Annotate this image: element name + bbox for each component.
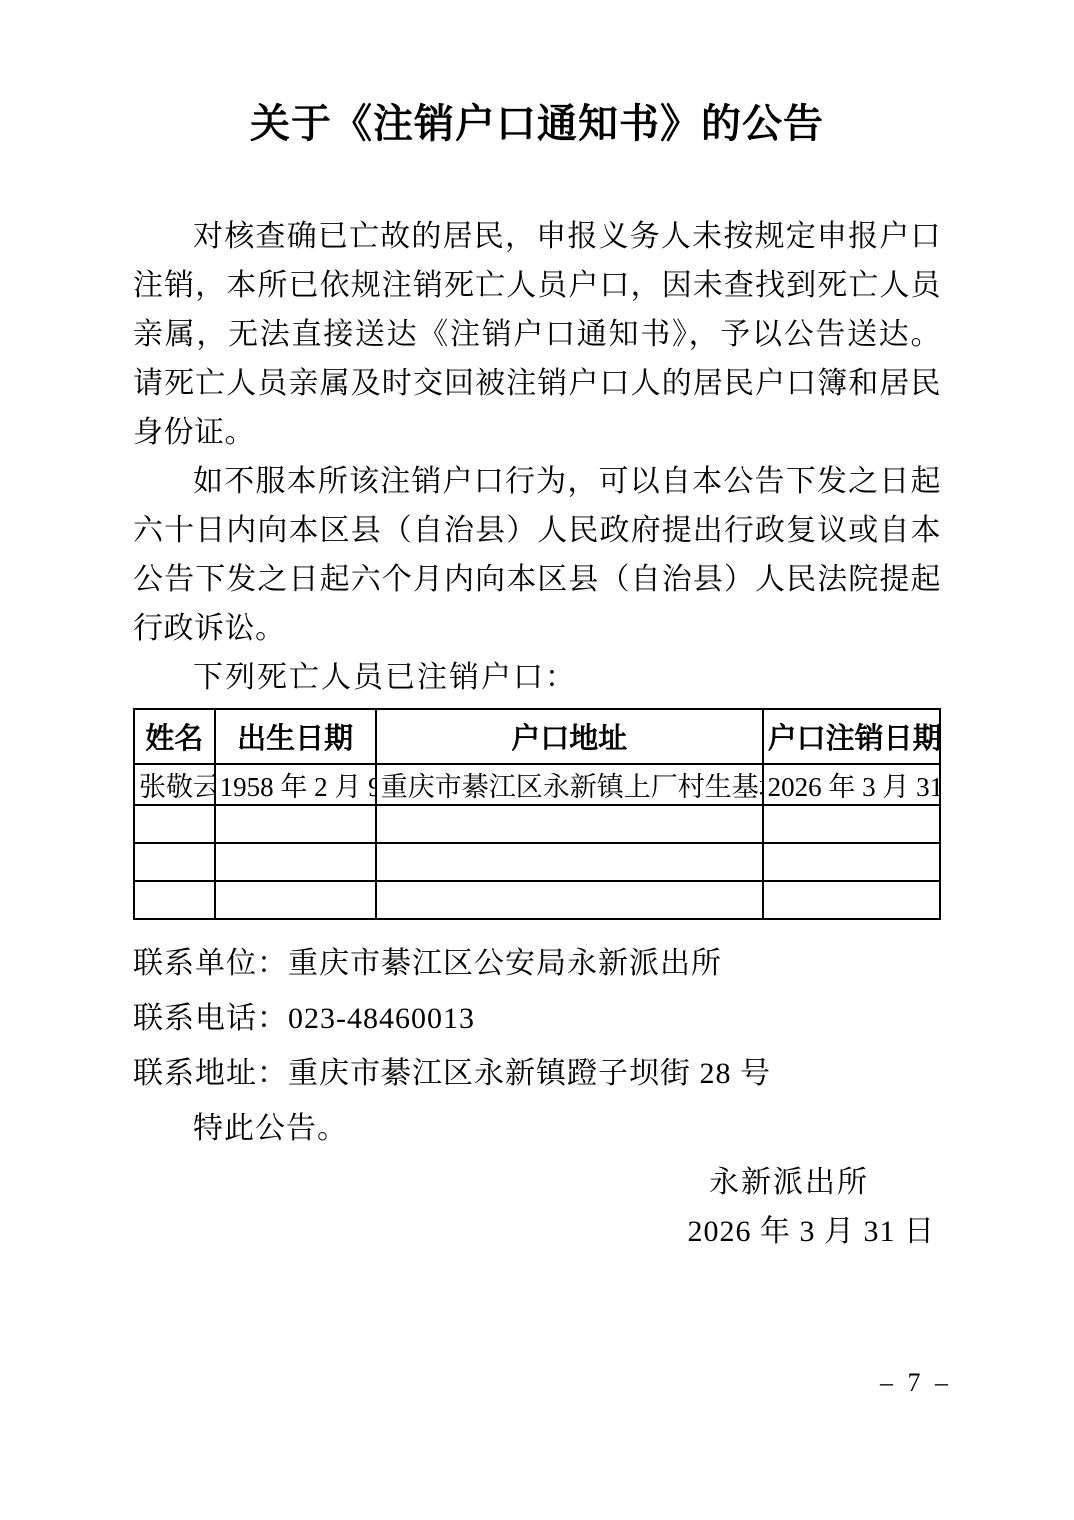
signature-date: 2026 年 3 月 31 日 [133,1207,941,1256]
table-cell-birth-date [215,881,376,919]
contact-address-line: 联系地址：重庆市綦江区永新镇蹬子坝街 28 号 [133,1046,941,1101]
table-cell-birth-date [215,805,376,843]
table-header-cancel-date: 户口注销日期 [763,709,940,764]
table-header-row: 姓名 出生日期 户口地址 户口注销日期 [134,709,940,764]
page-content: 关于《注销户口通知书》的公告 对核查确已亡故的居民，申报义务人未按规定申报户口注… [133,0,941,1256]
announcement-page: 关于《注销户口通知书》的公告 对核查确已亡故的居民，申报义务人未按规定申报户口注… [0,0,1074,1520]
table-cell-name [134,881,215,919]
closing-statement: 特此公告。 [133,1101,941,1156]
table-cell-name [134,805,215,843]
table-cell-birth-date: 1958 年 2 月 9 日 [215,764,376,805]
body-paragraph-1: 对核查确已亡故的居民，申报义务人未按规定申报户口注销，本所已依规注销死亡人员户口… [133,212,941,457]
document-title: 关于《注销户口通知书》的公告 [133,0,941,152]
signature-block: 永新派出所 2026 年 3 月 31 日 [133,1158,941,1256]
table-cell-birth-date [215,843,376,881]
table-row: 张敬云 1958 年 2 月 9 日 重庆市綦江区永新镇上厂村生基坪组 51 号… [134,764,940,805]
table-cell-cancel-date [763,881,940,919]
contact-info-block: 联系单位：重庆市綦江区公安局永新派出所 联系电话：023-48460013 联系… [133,936,941,1156]
table-row [134,881,940,919]
table-intro-line: 下列死亡人员已注销户口： [133,653,941,702]
table-cell-address [376,805,763,843]
table-row [134,843,940,881]
cancelled-registration-table: 姓名 出生日期 户口地址 户口注销日期 张敬云 1958 年 2 月 9 日 重… [133,708,941,920]
table-row [134,805,940,843]
page-number: – 7 – [880,1368,952,1398]
table-cell-address [376,881,763,919]
table-cell-cancel-date [763,805,940,843]
contact-phone-line: 联系电话：023-48460013 [133,991,941,1046]
signature-unit-name: 永新派出所 [133,1158,941,1207]
table-header-name: 姓名 [134,709,215,764]
table-cell-name [134,843,215,881]
table-cell-cancel-date [763,843,940,881]
table-cell-address [376,843,763,881]
table-cell-name: 张敬云 [134,764,215,805]
contact-unit-line: 联系单位：重庆市綦江区公安局永新派出所 [133,936,941,991]
table-header-address: 户口地址 [376,709,763,764]
table-cell-address: 重庆市綦江区永新镇上厂村生基坪组 51 号 [376,764,763,805]
body-paragraph-2: 如不服本所该注销户口行为，可以自本公告下发之日起六十日内向本区县（自治县）人民政… [133,457,941,653]
table-header-birth-date: 出生日期 [215,709,376,764]
table-cell-cancel-date: 2026 年 3 月 31 日 [763,764,940,805]
